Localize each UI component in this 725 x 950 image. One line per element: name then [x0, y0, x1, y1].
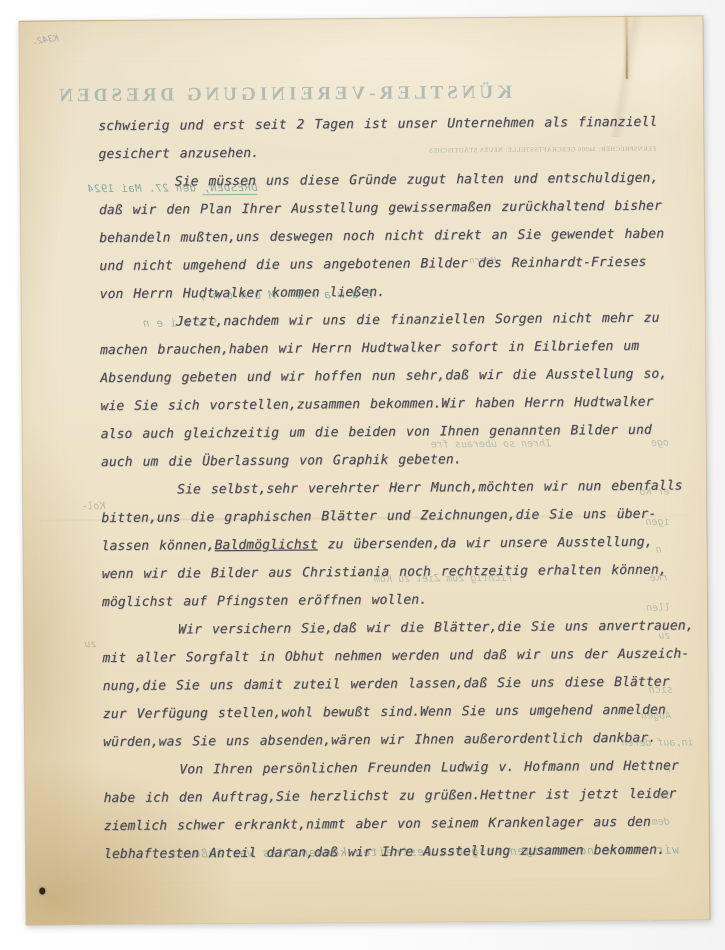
typed-line: Sie müssen uns diese Gründe zugut halten… [99, 165, 659, 197]
typed-line: Wir versichern Sie,daß wir die Blätter,d… [102, 613, 662, 645]
typed-line: wenn wir die Bilder aus Christiania noch… [102, 557, 662, 589]
typed-line: von Herrn Hudtwalker kommen ließen. [100, 277, 660, 309]
typed-line: schwierig und erst seit 2 Tagen ist unse… [98, 109, 658, 141]
typed-line: würden,was Sie uns absenden,wären wir Ih… [103, 725, 663, 757]
typed-line: und nicht umgehend die uns angebotenen B… [99, 249, 659, 281]
bleed-fragment: zu [84, 639, 96, 650]
typed-line: bitten,uns die graphischen Blätter und Z… [101, 501, 661, 533]
typed-line: wie Sie sich vorstellen,zusammen bekomme… [100, 389, 660, 421]
typed-line-segment: Baldmöglichst [215, 537, 318, 553]
typed-line-segment: zu übersenden,da wir unsere Ausstellung, [318, 535, 653, 553]
typed-line: behandeln mußten,uns deswegen noch nicht… [99, 221, 659, 253]
bleedthrough-letterhead: KÜNSTLER-VEREINIGUNG DRESDEN [86, 82, 512, 107]
typed-line: habe ich den Auftrag,Sie herzlichst zu g… [103, 781, 663, 813]
typed-line: also auch gleichzeitig um die beiden von… [101, 417, 661, 449]
typed-line: Von Ihren persönlichen Freunden Ludwig v… [103, 753, 663, 785]
typed-line: Absendung gebeten und wir hoffen nun seh… [100, 361, 660, 393]
typed-line: Sie selbst,sehr verehrter Herr Munch,möc… [101, 473, 661, 505]
letter-body: schwierig und erst seit 2 Tagen ist unse… [98, 109, 664, 869]
typed-line: zur Verfügung stellen,wohl bewußt sind.W… [103, 697, 663, 729]
typed-line-segment: lassen können, [102, 538, 215, 554]
typed-line: gesichert anzusehen. [98, 137, 658, 169]
typed-line: nung,die Sie uns damit zuteil werden las… [103, 669, 663, 701]
paper-sheet: K342. KÜNSTLER-VEREINIGUNG DRESDEN GESCH… [18, 15, 710, 925]
typed-line: möglichst auf Pfingsten eröffnen wollen. [102, 585, 662, 617]
archive-corner-mark: K342. [31, 34, 59, 48]
scanned-letter-page: K342. KÜNSTLER-VEREINIGUNG DRESDEN GESCH… [0, 0, 725, 950]
typed-line: lassen können,Baldmöglichst zu übersende… [101, 529, 661, 561]
typed-line: machen brauchen,haben wir Herrn Hudtwalk… [100, 333, 660, 365]
punch-hole [39, 888, 45, 895]
typed-line: daß wir den Plan Ihrer Ausstellung gewis… [99, 193, 659, 225]
typed-line: mit aller Sorgfalt in Obhut nehmen werde… [102, 641, 662, 673]
typed-line: ziemlich schwer erkrankt,nimmt aber von … [104, 809, 664, 841]
typed-line: lebhaftesten Anteil daran,daß wir Ihre A… [104, 837, 664, 869]
typed-line: auch um die Überlassung von Graphik gebe… [101, 445, 661, 477]
typed-line: Jetzt,nachdem wir uns die finanziellen S… [100, 305, 660, 337]
